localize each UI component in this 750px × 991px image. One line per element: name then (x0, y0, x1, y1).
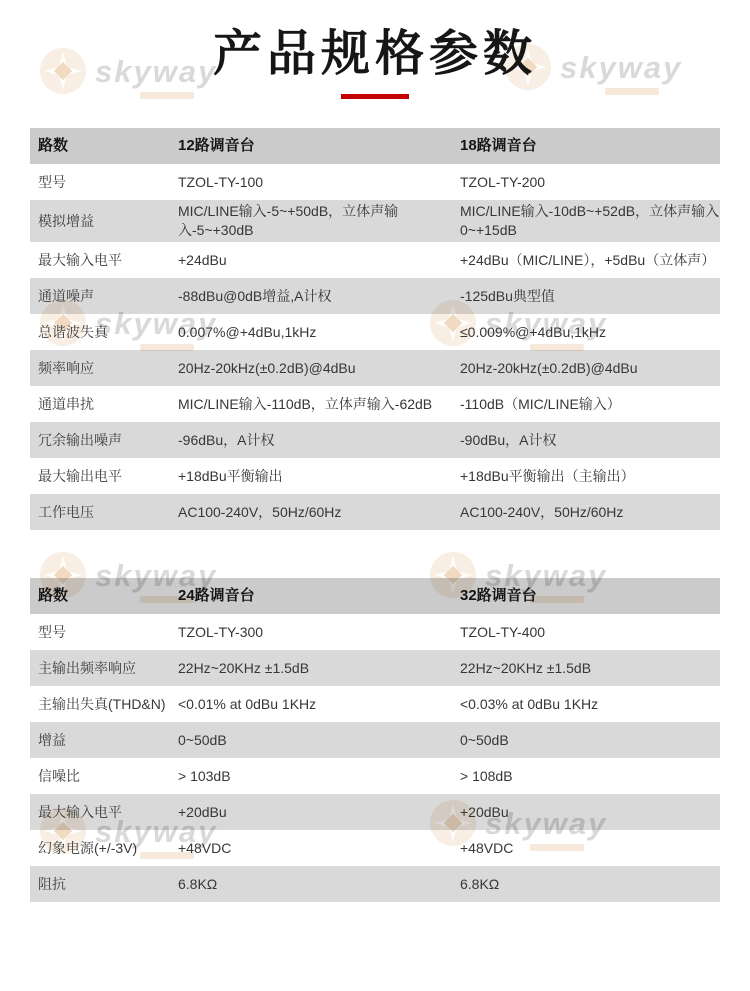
table-header-row: 路数 24路调音台 32路调音台 (30, 578, 720, 614)
table-row: 主输出频率响应 22Hz~20KHz ±1.5dB 22Hz~20KHz ±1.… (30, 650, 720, 686)
spec-label: 阻抗 (30, 875, 178, 894)
spec-label: 幻象电源(+/-3V) (30, 839, 178, 858)
table-row: 最大输入电平 +24dBu +24dBu（MIC/LINE），+5dBu（立体声… (30, 242, 720, 278)
spec-sheet-page: skyway skyway skyway skyway skyway skywa… (0, 0, 750, 991)
spec-value: > 108dB (460, 767, 720, 786)
table-row: 通道噪声 -88dBu@0dB增益,A计权 -125dBu典型值 (30, 278, 720, 314)
spec-value: +18dBu平衡输出 (178, 467, 460, 486)
spec-table-24-32: 路数 24路调音台 32路调音台 型号 TZOL-TY-300 TZOL-TY-… (30, 578, 720, 902)
title-underline-accent (341, 94, 409, 99)
spec-value: ≤0.009%@+4dBu,1kHz (460, 323, 720, 342)
table-body: 型号 TZOL-TY-300 TZOL-TY-400 主输出频率响应 22Hz~… (30, 614, 720, 902)
spec-value: +24dBu（MIC/LINE），+5dBu（立体声） (460, 251, 720, 270)
spec-value: TZOL-TY-200 (460, 173, 720, 192)
table-row: 频率响应 20Hz-20kHz(±0.2dB)@4dBu 20Hz-20kHz(… (30, 350, 720, 386)
spec-value: 0.007%@+4dBu,1kHz (178, 323, 460, 342)
spec-value: -125dBu典型值 (460, 287, 720, 306)
spec-value: +20dBu (460, 803, 720, 822)
spec-value: +24dBu (178, 251, 460, 270)
spec-value: 0~50dB (178, 731, 460, 750)
table-header-row: 路数 12路调音台 18路调音台 (30, 128, 720, 164)
spec-label: 信噪比 (30, 767, 178, 786)
table-row: 最大输入电平 +20dBu +20dBu (30, 794, 720, 830)
header: 产品规格参数 (0, 0, 750, 99)
spec-value: +48VDC (178, 839, 460, 858)
spec-label: 模拟增益 (30, 212, 178, 231)
spec-value: 6.8KΩ (178, 875, 460, 894)
spec-value: 20Hz-20kHz(±0.2dB)@4dBu (178, 359, 460, 378)
table-row: 冗余输出噪声 -96dBu，A计权 -90dBu，A计权 (30, 422, 720, 458)
spec-label: 总谐波失真 (30, 323, 178, 342)
page-title: 产品规格参数 (0, 24, 750, 85)
spec-value: -90dBu，A计权 (460, 431, 720, 450)
spec-label: 通道串扰 (30, 395, 178, 414)
spec-value: MIC/LINE输入-5~+50dB，立体声输入-5~+30dB (178, 202, 460, 240)
spec-value: > 103dB (178, 767, 460, 786)
spec-value: 22Hz~20KHz ±1.5dB (460, 659, 720, 678)
spec-value: TZOL-TY-300 (178, 623, 460, 642)
spec-label: 最大输入电平 (30, 803, 178, 822)
table-row: 模拟增益 MIC/LINE输入-5~+50dB，立体声输入-5~+30dB MI… (30, 200, 720, 242)
spec-value: TZOL-TY-400 (460, 623, 720, 642)
spec-value: +48VDC (460, 839, 720, 858)
table-row: 最大输出电平 +18dBu平衡输出 +18dBu平衡输出（主输出） (30, 458, 720, 494)
spec-label: 型号 (30, 623, 178, 642)
table-row: 总谐波失真 0.007%@+4dBu,1kHz ≤0.009%@+4dBu,1k… (30, 314, 720, 350)
spec-label: 最大输入电平 (30, 251, 178, 270)
spec-label: 最大输出电平 (30, 467, 178, 486)
spec-label: 增益 (30, 731, 178, 750)
spec-value: +18dBu平衡输出（主输出） (460, 467, 720, 486)
table-row: 幻象电源(+/-3V) +48VDC +48VDC (30, 830, 720, 866)
spec-value: 0~50dB (460, 731, 720, 750)
table-row: 阻抗 6.8KΩ 6.8KΩ (30, 866, 720, 902)
spec-value: -110dB（MIC/LINE输入） (460, 395, 720, 414)
spec-value: MIC/LINE输入-110dB，立体声输入-62dB (178, 395, 460, 414)
spec-label: 型号 (30, 173, 178, 192)
spec-value: <0.03% at 0dBu 1KHz (460, 695, 720, 714)
spec-label: 通道噪声 (30, 287, 178, 306)
table-row: 型号 TZOL-TY-300 TZOL-TY-400 (30, 614, 720, 650)
spec-label: 工作电压 (30, 503, 178, 522)
spec-value: -88dBu@0dB增益,A计权 (178, 287, 460, 306)
header-col2-model: 32路调音台 (460, 586, 720, 606)
table-row: 工作电压 AC100-240V，50Hz/60Hz AC100-240V，50H… (30, 494, 720, 530)
spec-value: MIC/LINE输入-10dB~+52dB，立体声输入0~+15dB (460, 202, 720, 240)
spec-value: AC100-240V，50Hz/60Hz (460, 503, 720, 522)
spec-label: 频率响应 (30, 359, 178, 378)
table-row: 型号 TZOL-TY-100 TZOL-TY-200 (30, 164, 720, 200)
spec-value: <0.01% at 0dBu 1KHz (178, 695, 460, 714)
table-row: 通道串扰 MIC/LINE输入-110dB，立体声输入-62dB -110dB（… (30, 386, 720, 422)
table-row: 增益 0~50dB 0~50dB (30, 722, 720, 758)
table-body: 型号 TZOL-TY-100 TZOL-TY-200 模拟增益 MIC/LINE… (30, 164, 720, 530)
spec-value: 22Hz~20KHz ±1.5dB (178, 659, 460, 678)
header-col1-model: 12路调音台 (178, 136, 460, 156)
spec-value: -96dBu，A计权 (178, 431, 460, 450)
spec-value: AC100-240V，50Hz/60Hz (178, 503, 460, 522)
spec-label: 主输出失真(THD&N) (30, 695, 178, 714)
header-col1-model: 24路调音台 (178, 586, 460, 606)
table-row: 主输出失真(THD&N) <0.01% at 0dBu 1KHz <0.03% … (30, 686, 720, 722)
spec-value: 6.8KΩ (460, 875, 720, 894)
header-label: 路数 (30, 136, 178, 156)
spec-table-12-18: 路数 12路调音台 18路调音台 型号 TZOL-TY-100 TZOL-TY-… (30, 128, 720, 530)
header-label: 路数 (30, 586, 178, 606)
spec-value: +20dBu (178, 803, 460, 822)
spec-label: 主输出频率响应 (30, 659, 178, 678)
header-col2-model: 18路调音台 (460, 136, 720, 156)
spec-value: TZOL-TY-100 (178, 173, 460, 192)
spec-label: 冗余输出噪声 (30, 431, 178, 450)
spec-value: 20Hz-20kHz(±0.2dB)@4dBu (460, 359, 720, 378)
table-row: 信噪比 > 103dB > 108dB (30, 758, 720, 794)
